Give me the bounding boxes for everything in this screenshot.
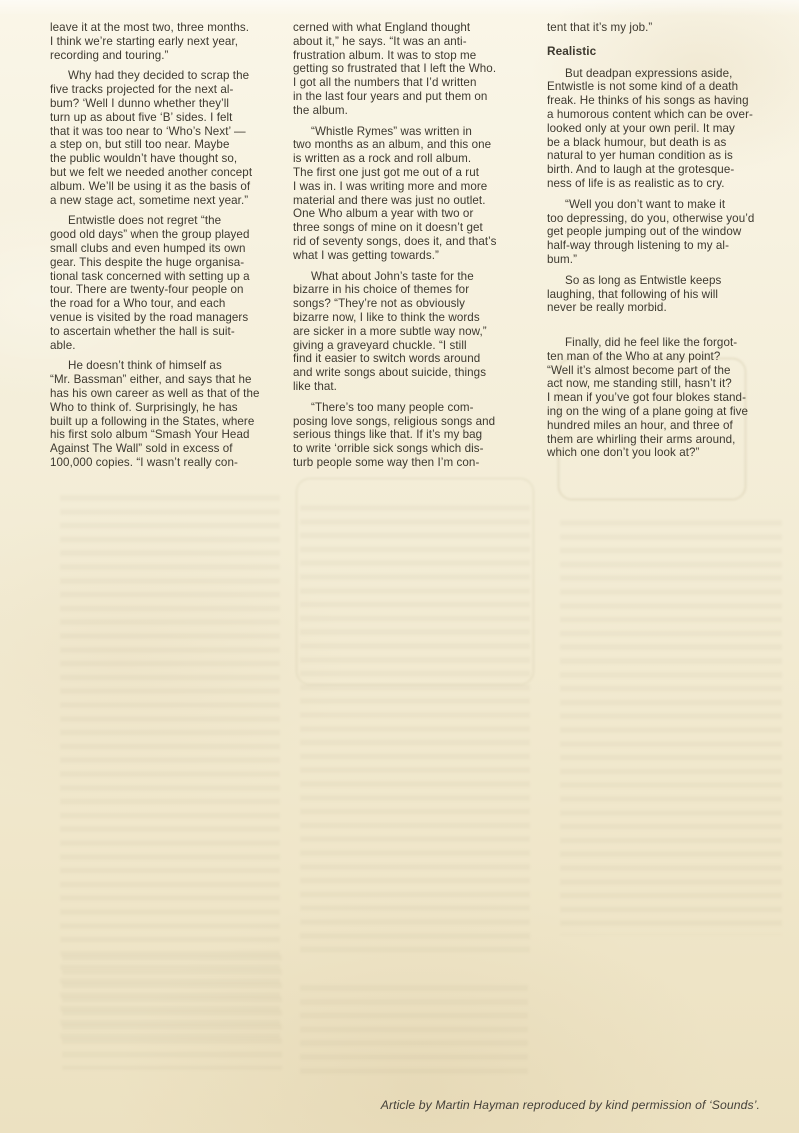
- text-line: [547, 315, 787, 329]
- bleed-through-box: [296, 478, 534, 685]
- paragraph: leave it at the most two, three months.I…: [50, 21, 288, 62]
- text-line: good old days” when the group played: [50, 228, 288, 242]
- text-line: but we felt we needed another concept: [50, 166, 288, 180]
- text-line: Entwistle is not some kind of a death: [547, 80, 787, 94]
- text-line: them are whirling their arms around,: [547, 433, 787, 447]
- text-line: laughing, that following of his will: [547, 288, 787, 302]
- text-line: able.: [50, 339, 288, 353]
- article-column-middle: cerned with what England thoughtabout it…: [293, 21, 533, 470]
- text-line: ness of life is as realistic as to cry.: [547, 177, 787, 191]
- text-line: One Who album a year with two or: [293, 207, 533, 221]
- text-line: He doesn’t think of himself as: [50, 359, 288, 373]
- text-line: what I was getting towards.”: [293, 249, 533, 263]
- text-line: find it easier to switch words around: [293, 352, 533, 366]
- text-line: The first one just got me out of a rut: [293, 166, 533, 180]
- paragraph: What about John’s taste for thebizarre i…: [293, 270, 533, 394]
- text-line: bum? ‘Well I dunno whether they’ll: [50, 97, 288, 111]
- text-line: tent that it’s my job.”: [547, 21, 787, 35]
- article-column-right: tent that it’s my job.”RealisticBut dead…: [547, 21, 787, 460]
- text-line: hundred miles an hour, and three of: [547, 419, 787, 433]
- text-line: “Well it’s almost become part of the: [547, 364, 787, 378]
- paragraph: “Whistle Rymes” was written intwo months…: [293, 125, 533, 263]
- paragraph: Why had they decided to scrap thefive tr…: [50, 69, 288, 207]
- text-line: Why had they decided to scrap the: [50, 69, 288, 83]
- text-line: bizarre now, I like to think the words: [293, 311, 533, 325]
- text-line: giving a graveyard chuckle. “I still: [293, 339, 533, 353]
- paragraph: cerned with what England thoughtabout it…: [293, 21, 533, 118]
- text-line: a humorous content which can be over-: [547, 108, 787, 122]
- text-line: gear. This despite the huge organisa-: [50, 256, 288, 270]
- text-line: the road for a Who tour, and each: [50, 297, 288, 311]
- text-line: three songs of mine on it doesn’t get: [293, 221, 533, 235]
- article-column-left: leave it at the most two, three months.I…: [50, 21, 288, 470]
- text-line: venue is visited by the road managers: [50, 311, 288, 325]
- text-line: serious things like that. If it’s my bag: [293, 428, 533, 442]
- text-line: But deadpan expressions aside,: [547, 67, 787, 81]
- paragraph: So as long as Entwistle keepslaughing, t…: [547, 274, 787, 329]
- text-line: Against The Wall” sold in excess of: [50, 442, 288, 456]
- paragraph: tent that it’s my job.”: [547, 21, 787, 35]
- text-line: five tracks projected for the next al-: [50, 83, 288, 97]
- bleed-through-text-texture: [560, 520, 782, 935]
- text-line: recording and touring.”: [50, 49, 288, 63]
- bleed-through-text-texture: [300, 505, 530, 955]
- text-line: which one don’t you look at?”: [547, 446, 787, 460]
- text-line: “Whistle Rymes” was written in: [293, 125, 533, 139]
- paragraph: He doesn’t think of himself as“Mr. Bassm…: [50, 359, 288, 469]
- text-line: be a black humour, but death is as: [547, 136, 787, 150]
- footer-credit: Article by Martin Hayman reproduced by k…: [381, 1098, 760, 1112]
- text-line: the public wouldn’t have thought so,: [50, 152, 288, 166]
- text-line: “There’s too many people com-: [293, 401, 533, 415]
- text-line: two months as an album, and this one: [293, 138, 533, 152]
- text-line: Who to think of. Surprisingly, he has: [50, 401, 288, 415]
- text-line: too depressing, do you, otherwise you’d: [547, 212, 787, 226]
- text-line: I mean if you’ve got four blokes stand-: [547, 391, 787, 405]
- text-line: has his own career as well as that of th…: [50, 387, 288, 401]
- text-line: small clubs and even humped its own: [50, 242, 288, 256]
- text-line: built up a following in the States, wher…: [50, 415, 288, 429]
- text-line: I got all the numbers that I’d written: [293, 76, 533, 90]
- paragraph: Finally, did he feel like the forgot-ten…: [547, 336, 787, 460]
- text-line: that it was too near to ‘Who’s Next’ —: [50, 125, 288, 139]
- text-line: and write songs about suicide, things: [293, 366, 533, 380]
- text-line: Entwistle does not regret “the: [50, 214, 288, 228]
- text-line: tional task concerned with setting up a: [50, 270, 288, 284]
- text-line: a step on, but still too near. Maybe: [50, 138, 288, 152]
- text-line: to write ‘orrible sick songs which dis-: [293, 442, 533, 456]
- text-line: about it,” he says. “It was an anti-: [293, 35, 533, 49]
- text-line: What about John’s taste for the: [293, 270, 533, 284]
- bleed-through-text-texture: [62, 955, 282, 1070]
- text-line: getting so frustrated that I left the Wh…: [293, 62, 533, 76]
- text-line: I was in. I was writing more and more: [293, 180, 533, 194]
- paragraph: But deadpan expressions aside,Entwistle …: [547, 67, 787, 191]
- bleed-through-text-texture: [300, 985, 528, 1077]
- text-line: birth. And to laugh at the grotesque-: [547, 163, 787, 177]
- text-line: material and there was just no outlet.: [293, 194, 533, 208]
- text-line: bum.”: [547, 253, 787, 267]
- text-line: “Mr. Bassman” either, and says that he: [50, 373, 288, 387]
- paragraph: Entwistle does not regret “thegood old d…: [50, 214, 288, 352]
- text-line: a new stage act, sometime next year.”: [50, 194, 288, 208]
- text-line: looked only at your own peril. It may: [547, 122, 787, 136]
- text-line: freak. He thinks of his songs as having: [547, 94, 787, 108]
- text-line: So as long as Entwistle keeps: [547, 274, 787, 288]
- text-line: rid of seventy songs, does it, and that’…: [293, 235, 533, 249]
- text-line: like that.: [293, 380, 533, 394]
- text-line: turb people some way then I’m con-: [293, 456, 533, 470]
- paragraph: “There’s too many people com-posing love…: [293, 401, 533, 470]
- text-line: Finally, did he feel like the forgot-: [547, 336, 787, 350]
- text-line: tour. There are twenty-four people on: [50, 283, 288, 297]
- paragraph: “Well you don’t want to make ittoo depre…: [547, 198, 787, 267]
- bleed-through-text-texture: [60, 495, 280, 1040]
- text-line: “Well you don’t want to make it: [547, 198, 787, 212]
- text-line: album. We’ll be using it as the basis of: [50, 180, 288, 194]
- text-line: songs? “They’re not as obviously: [293, 297, 533, 311]
- text-line: leave it at the most two, three months.: [50, 21, 288, 35]
- text-line: his first solo album “Smash Your Head: [50, 428, 288, 442]
- text-line: in the last four years and put them on: [293, 90, 533, 104]
- text-line: 100,000 copies. “I wasn’t really con-: [50, 456, 288, 470]
- text-line: posing love songs, religious songs and: [293, 415, 533, 429]
- section-heading: Realistic: [547, 45, 787, 59]
- text-line: are sicker in a more subtle way now,”: [293, 325, 533, 339]
- text-line: half-way through listening to my al-: [547, 239, 787, 253]
- text-line: ing on the wing of a plane going at five: [547, 405, 787, 419]
- text-line: get people jumping out of the window: [547, 225, 787, 239]
- text-line: act now, me standing still, hasn’t it?: [547, 377, 787, 391]
- text-line: ten man of the Who at any point?: [547, 350, 787, 364]
- text-line: is written as a rock and roll album.: [293, 152, 533, 166]
- text-line: frustration album. It was to stop me: [293, 49, 533, 63]
- text-line: cerned with what England thought: [293, 21, 533, 35]
- text-line: turn up as about five ‘B’ sides. I felt: [50, 111, 288, 125]
- text-line: natural to yer human condition as is: [547, 149, 787, 163]
- text-line: to ascertain whether the hall is suit-: [50, 325, 288, 339]
- text-line: I think we’re starting early next year,: [50, 35, 288, 49]
- text-line: bizarre in his choice of themes for: [293, 283, 533, 297]
- scanned-article-page: leave it at the most two, three months.I…: [0, 0, 799, 1133]
- text-line: never be really morbid.: [547, 301, 787, 315]
- text-line: the album.: [293, 104, 533, 118]
